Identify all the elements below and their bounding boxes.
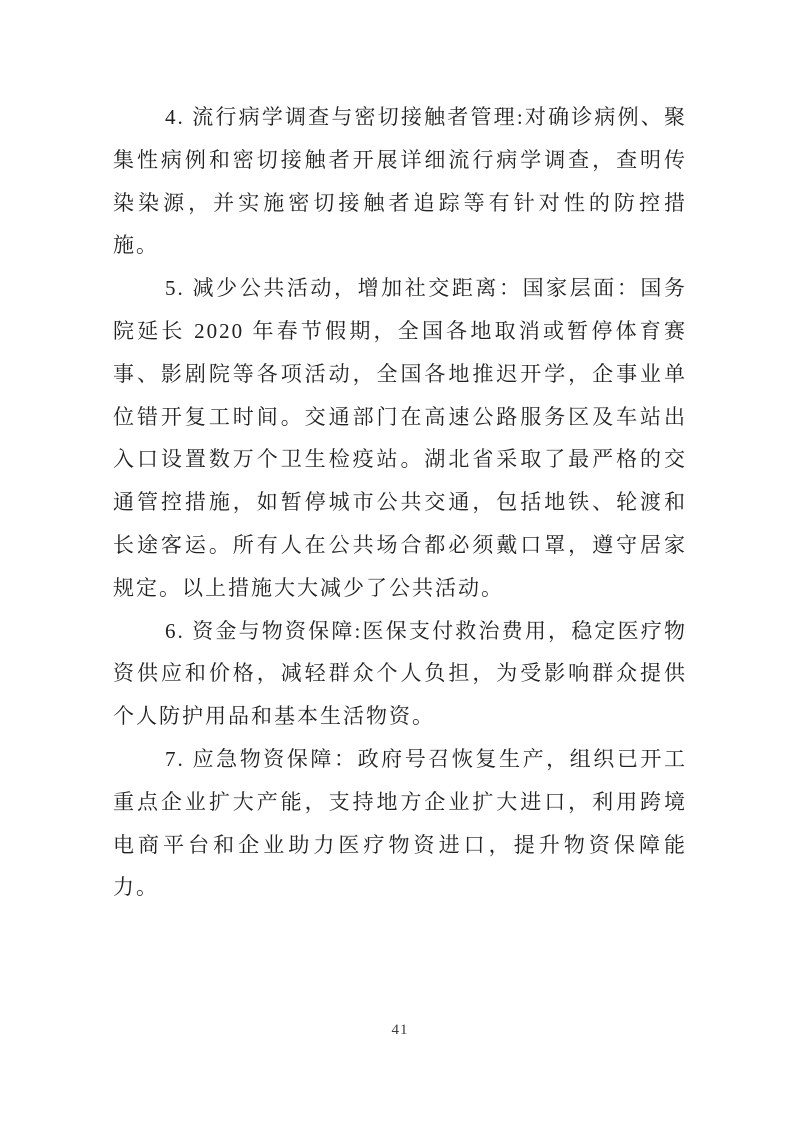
document-body: 4. 流行病学调查与密切接触者管理:对确诊病例、聚集性病例和密切接触者开展详细流… xyxy=(113,96,687,909)
page-number: 41 xyxy=(392,1022,409,1038)
page-footer: 41 xyxy=(0,1022,800,1039)
paragraph-item-5: 5. 减少公共活动，增加社交距离：国家层面：国务院延长 2020 年春节假期，全… xyxy=(113,267,687,609)
paragraph-item-7: 7. 应急物资保障：政府号召恢复生产，组织已开工重点企业扩大产能，支持地方企业扩… xyxy=(113,738,687,909)
paragraph-item-6: 6. 资金与物资保障:医保支付救治费用，稳定医疗物资供应和价格，减轻群众个人负担… xyxy=(113,610,687,738)
document-page: 4. 流行病学调查与密切接触者管理:对确诊病例、聚集性病例和密切接触者开展详细流… xyxy=(0,0,800,1131)
paragraph-item-4: 4. 流行病学调查与密切接触者管理:对确诊病例、聚集性病例和密切接触者开展详细流… xyxy=(113,96,687,267)
